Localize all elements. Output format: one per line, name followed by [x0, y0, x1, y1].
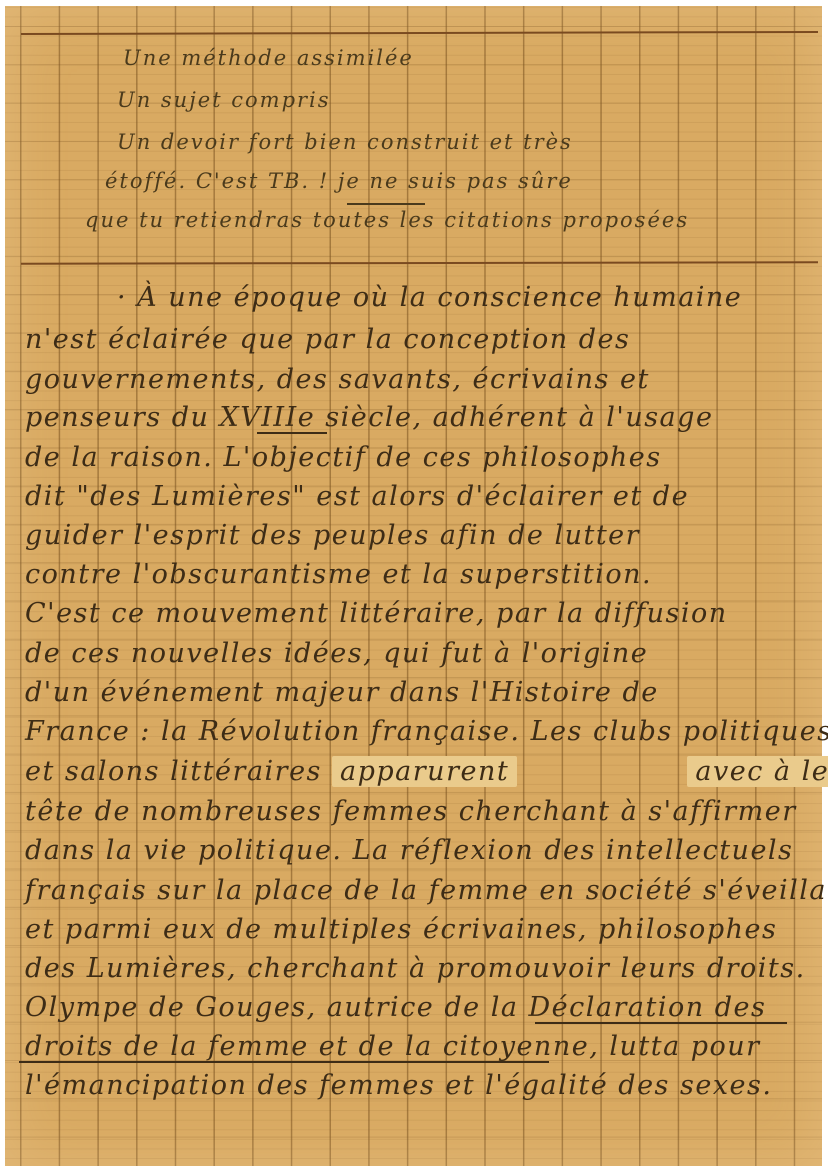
grade-underline [347, 203, 425, 205]
essay-line-21: l'émancipation des femmes et l'égalité d… [25, 1070, 772, 1101]
essay-line-5: de la raison. L'objectif de ces philosop… [25, 442, 662, 473]
essay-line-9: C'est ce mouvement littéraire, par la di… [25, 598, 728, 629]
comment-line-2: Un sujet compris [117, 88, 331, 112]
correction-fluid-2: avec à leur [687, 756, 828, 787]
essay-line-17: et parmi eux de multiples écrivaines, ph… [25, 914, 777, 945]
essay-line-19: Olympe de Gouges, autrice de la Déclarat… [25, 992, 766, 1023]
essay-line-13: et salons littéraires apparurent avec à … [25, 756, 828, 787]
comment-line-5: que tu retiendras toutes les citations p… [85, 208, 689, 232]
essay-line-16: français sur la place de la femme en soc… [25, 875, 827, 906]
essay-line-2: n'est éclairée que par la conception des [25, 324, 630, 355]
declaration-underline-2 [19, 1061, 549, 1063]
essay-start-rule [21, 261, 818, 264]
essay-line-3: gouvernements, des savants, écrivains et [25, 364, 650, 395]
comment-line-3: Un devoir fort bien construit et très [117, 130, 573, 154]
essay-line-12: France : la Révolution française. Les cl… [25, 716, 828, 747]
correction-fluid-1: apparurent [332, 756, 517, 787]
essay-line-6: dit "des Lumières" est alors d'éclairer … [25, 481, 689, 512]
comment-line-4: étoffé. C'est TB. ! je ne suis pas sûre [105, 169, 573, 193]
essay-line-14: tête de nombreuses femmes cherchant à s'… [25, 796, 797, 827]
xviii-underline [257, 432, 327, 434]
essay-line-18: des Lumières, cherchant à promouvoir leu… [25, 953, 806, 984]
essay-line-4: penseurs du XVIIIe siècle, adhérent à l'… [25, 402, 713, 433]
essay-line-13-text: et salons littéraires [25, 756, 322, 787]
essay-line-10: de ces nouvelles idées, qui fut à l'orig… [25, 638, 648, 669]
declaration-underline-1 [535, 1022, 787, 1024]
essay-line-1: · À une époque où la conscience humaine [117, 282, 742, 313]
essay-line-15: dans la vie politique. La réflexion des … [25, 835, 793, 866]
essay-line-20: droits de la femme et de la citoyenne, l… [25, 1031, 761, 1062]
graph-paper-page: Une méthode assimilée Un sujet compris U… [5, 6, 822, 1166]
essay-line-8: contre l'obscurantisme et la superstitio… [25, 559, 652, 590]
essay-line-7: guider l'esprit des peuples afin de lutt… [25, 520, 640, 551]
top-margin-rule [21, 31, 818, 35]
comment-line-1: Une méthode assimilée [123, 46, 414, 70]
essay-line-11: d'un événement majeur dans l'Histoire de [25, 677, 659, 708]
